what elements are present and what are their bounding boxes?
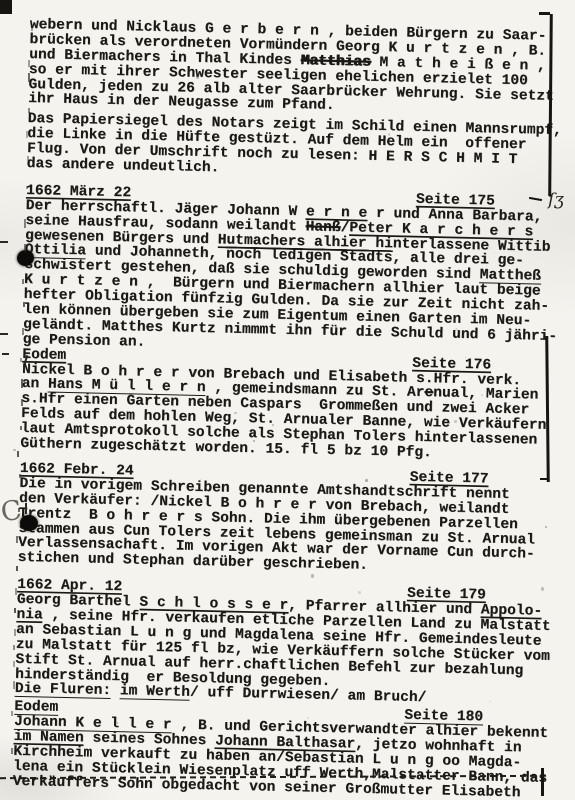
- page-edge-tick: [27, 156, 29, 161]
- paper-speck: [249, 674, 251, 677]
- page-edge-tick: [22, 328, 24, 335]
- page-edge-tick: [24, 219, 26, 228]
- page-edge-tick: [28, 108, 30, 113]
- page-edge-tick: [31, 26, 33, 31]
- margin-scribble: ſʒ: [548, 190, 564, 210]
- page-edge-tick: [19, 474, 21, 479]
- paper-speck: [358, 591, 361, 594]
- page-edge-tick: [13, 661, 15, 666]
- entry-180: Johann K e l l e r , B. und Gerichtsverw…: [12, 715, 559, 800]
- entry-date: 1662 Apr. 12: [17, 577, 122, 595]
- page-edge-tick: [20, 426, 22, 430]
- page-edge-tick: [26, 131, 28, 137]
- page-edge-tick: [18, 508, 20, 513]
- notary-seal-note: Das Papiersiegel des Notars zeigt im Sch…: [27, 112, 573, 184]
- paper-speck: [202, 252, 205, 254]
- page-edge-tick: [16, 536, 18, 543]
- page-edge-tick: [17, 451, 19, 457]
- paper-speck: [481, 394, 483, 396]
- paper-speck: [481, 667, 483, 668]
- page-edge-tick: [20, 358, 22, 361]
- right-scan-line-stub: [539, 12, 550, 15]
- margin-tick-trentz: [25, 503, 27, 514]
- page-edge-tick: [13, 681, 15, 689]
- margin-dash-1: [0, 241, 8, 243]
- paper-speck: [307, 717, 309, 719]
- paper-speck: [311, 574, 314, 578]
- margin-dash-2: [0, 333, 8, 335]
- entry-page-ref: Seite 180: [404, 709, 483, 726]
- entry-date: Eodem: [14, 699, 58, 716]
- document-text: webern und Nicklaus G e r b e r n , beid…: [12, 18, 574, 800]
- page-edge-tick: [28, 60, 30, 67]
- paper-speck: [196, 76, 199, 79]
- scanned-document-page: webern und Nicklaus G e r b e r n , beid…: [0, 0, 575, 800]
- page-edge-tick: [11, 711, 13, 716]
- paper-speck: [402, 435, 405, 437]
- entry-179: Georg Barthel S c h l o s s e r, Pfarrer…: [15, 593, 562, 710]
- page-edge-tick: [22, 279, 24, 283]
- margin-dash-3: [2, 353, 9, 355]
- page-edge-tick: [24, 244, 26, 252]
- paper-speck: [444, 269, 446, 271]
- entry-date: 1662 März 22: [26, 183, 131, 201]
- paper-speck: [490, 701, 491, 702]
- entry-page-ref: Seite 179: [407, 587, 486, 604]
- entry-page-ref: Seite 177: [409, 471, 488, 488]
- entry-176: Nickel B o h r e r von Brebach und Elisa…: [20, 363, 567, 465]
- page-edge-tick: [21, 399, 23, 406]
- paper-speck: [212, 289, 214, 291]
- page-edge-tick: [23, 302, 25, 307]
- paper-speck: [317, 226, 319, 227]
- page-edge-tick: [26, 186, 28, 189]
- page-edge-tick: [11, 748, 13, 754]
- page-edge-tick: [15, 588, 17, 595]
- page-edge-tick: [28, 73, 30, 82]
- paper-speck: [78, 43, 80, 45]
- page-edge-tick: [14, 608, 16, 613]
- paper-speck: [87, 69, 89, 71]
- vormund-entry-end: webern und Nicklaus G e r b e r n , beid…: [28, 18, 575, 120]
- entry-177: Die in vorigem Schreiben genannte Amtsha…: [18, 477, 565, 579]
- entry-175: Der herrschaftl. Jäger Johann W e r n e …: [23, 199, 571, 360]
- page-edge-tick: [16, 566, 18, 571]
- paper-speck: [13, 449, 16, 451]
- paper-speck: [234, 412, 237, 414]
- entry-date: 1662 Febr. 24: [20, 461, 134, 480]
- paper-speck: [309, 434, 312, 437]
- entry-date: Eodem: [22, 347, 66, 364]
- page-edge-tick: [13, 645, 15, 650]
- page-edge-tick: [21, 379, 23, 388]
- entry-page-ref: Seite 176: [412, 356, 491, 373]
- entry-page-ref: Seite 175: [416, 193, 495, 210]
- paper-speck: [454, 420, 457, 423]
- page-edge-tick: [14, 629, 16, 636]
- scan-blot-top-left: [0, 0, 12, 14]
